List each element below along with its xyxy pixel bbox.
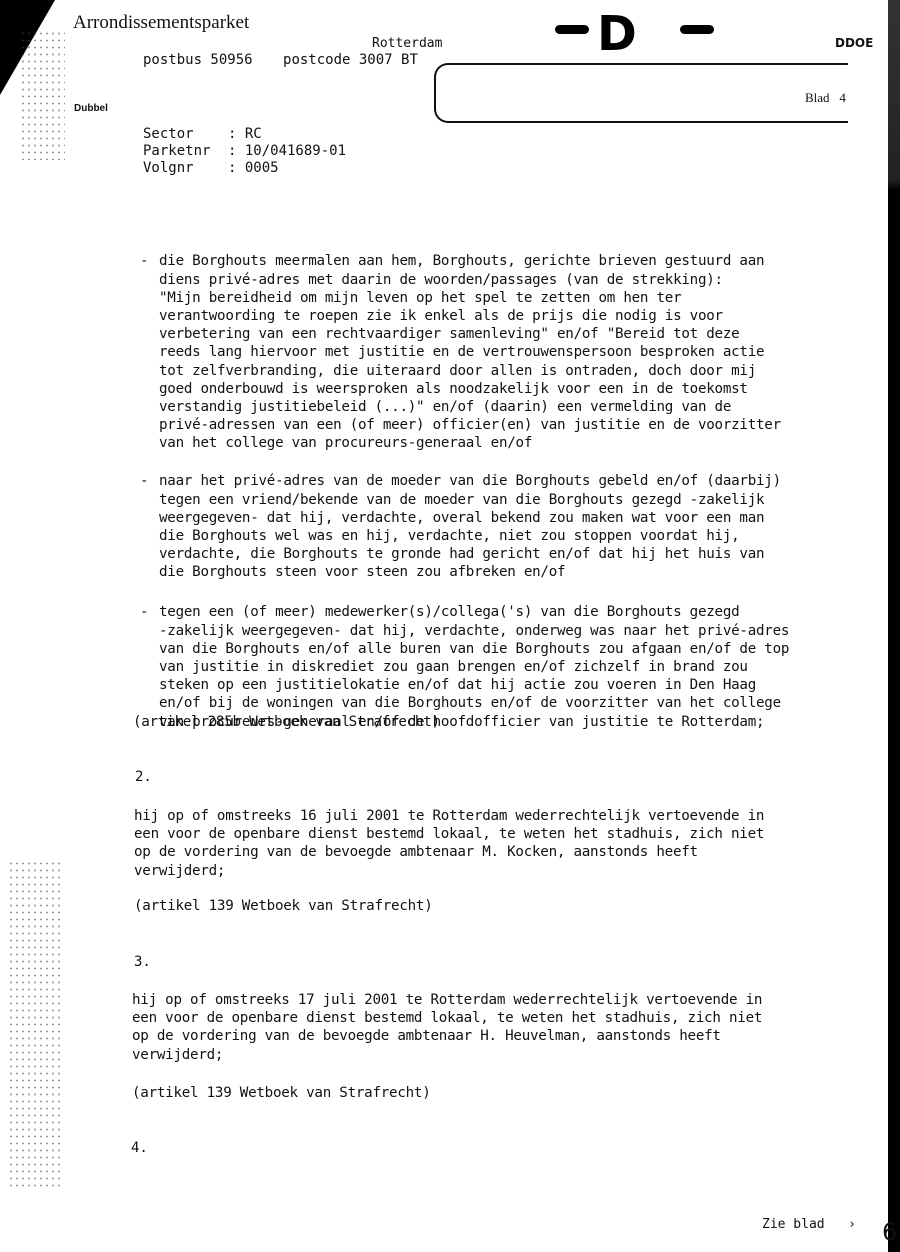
charge-text: tegen een (of meer) medewerker(s)/colleg…	[159, 603, 789, 730]
charge-section-2: hij op of omstreeks 16 juli 2001 te Rott…	[134, 807, 764, 880]
section-number-4: 4.	[131, 1140, 148, 1156]
meta-parketnr: Parketnr: 10/041689-01	[143, 143, 346, 160]
handwritten-page-number: 6	[882, 1218, 897, 1246]
legal-reference-1: (artikel 285b Wetboek van Strafrecht)	[133, 714, 440, 730]
charge-text: naar het privé-adres van de moeder van d…	[159, 472, 781, 581]
meta-volgnr: Volgnr: 0005	[143, 160, 346, 177]
case-meta: Sector: RC Parketnr: 10/041689-01 Volgnr…	[143, 126, 346, 177]
page-box	[434, 63, 848, 123]
next-page-indicator: Zie blad ›	[762, 1217, 856, 1232]
charge-section-3: hij op of omstreeks 17 juli 2001 te Rott…	[132, 991, 762, 1064]
dubbel-label: Dubbel	[74, 103, 108, 114]
legal-reference-3: (artikel 139 Wetboek van Strafrecht)	[132, 1085, 431, 1101]
document-code: DDOE	[835, 36, 873, 50]
stamp-dash-left	[555, 25, 589, 34]
scan-noise	[8, 860, 63, 1190]
section-number-2: 2.	[135, 769, 152, 785]
page-number: 4	[839, 90, 846, 105]
stamp-dash-right	[680, 25, 714, 34]
postbus: postbus 50956	[143, 52, 253, 68]
page-indicator: Blad 4	[805, 90, 846, 106]
postcode: postcode 3007 BT	[283, 52, 418, 68]
bullet-dash: -	[140, 603, 148, 621]
bullet-dash: -	[140, 472, 148, 490]
arrow-right-icon: ›	[848, 1217, 856, 1232]
bullet-dash: -	[140, 252, 148, 270]
organization-name: Arrondissementsparket	[73, 12, 249, 34]
page-label: Blad	[805, 90, 830, 105]
charge-item-1: -die Borghouts meermalen aan hem, Borgho…	[140, 216, 781, 471]
city: Rotterdam	[372, 36, 442, 51]
scan-noise	[20, 30, 65, 160]
stamp-letter: D	[597, 6, 639, 62]
postal-address: postbus 50956 postcode 3007 BT	[143, 52, 440, 68]
next-page-label: Zie blad	[762, 1217, 825, 1232]
legal-reference-2: (artikel 139 Wetboek van Strafrecht)	[134, 898, 433, 914]
section-number-3: 3.	[134, 954, 151, 970]
meta-sector: Sector: RC	[143, 126, 346, 143]
scan-edge-shadow	[888, 0, 900, 1252]
charge-text: die Borghouts meermalen aan hem, Borghou…	[159, 252, 781, 452]
